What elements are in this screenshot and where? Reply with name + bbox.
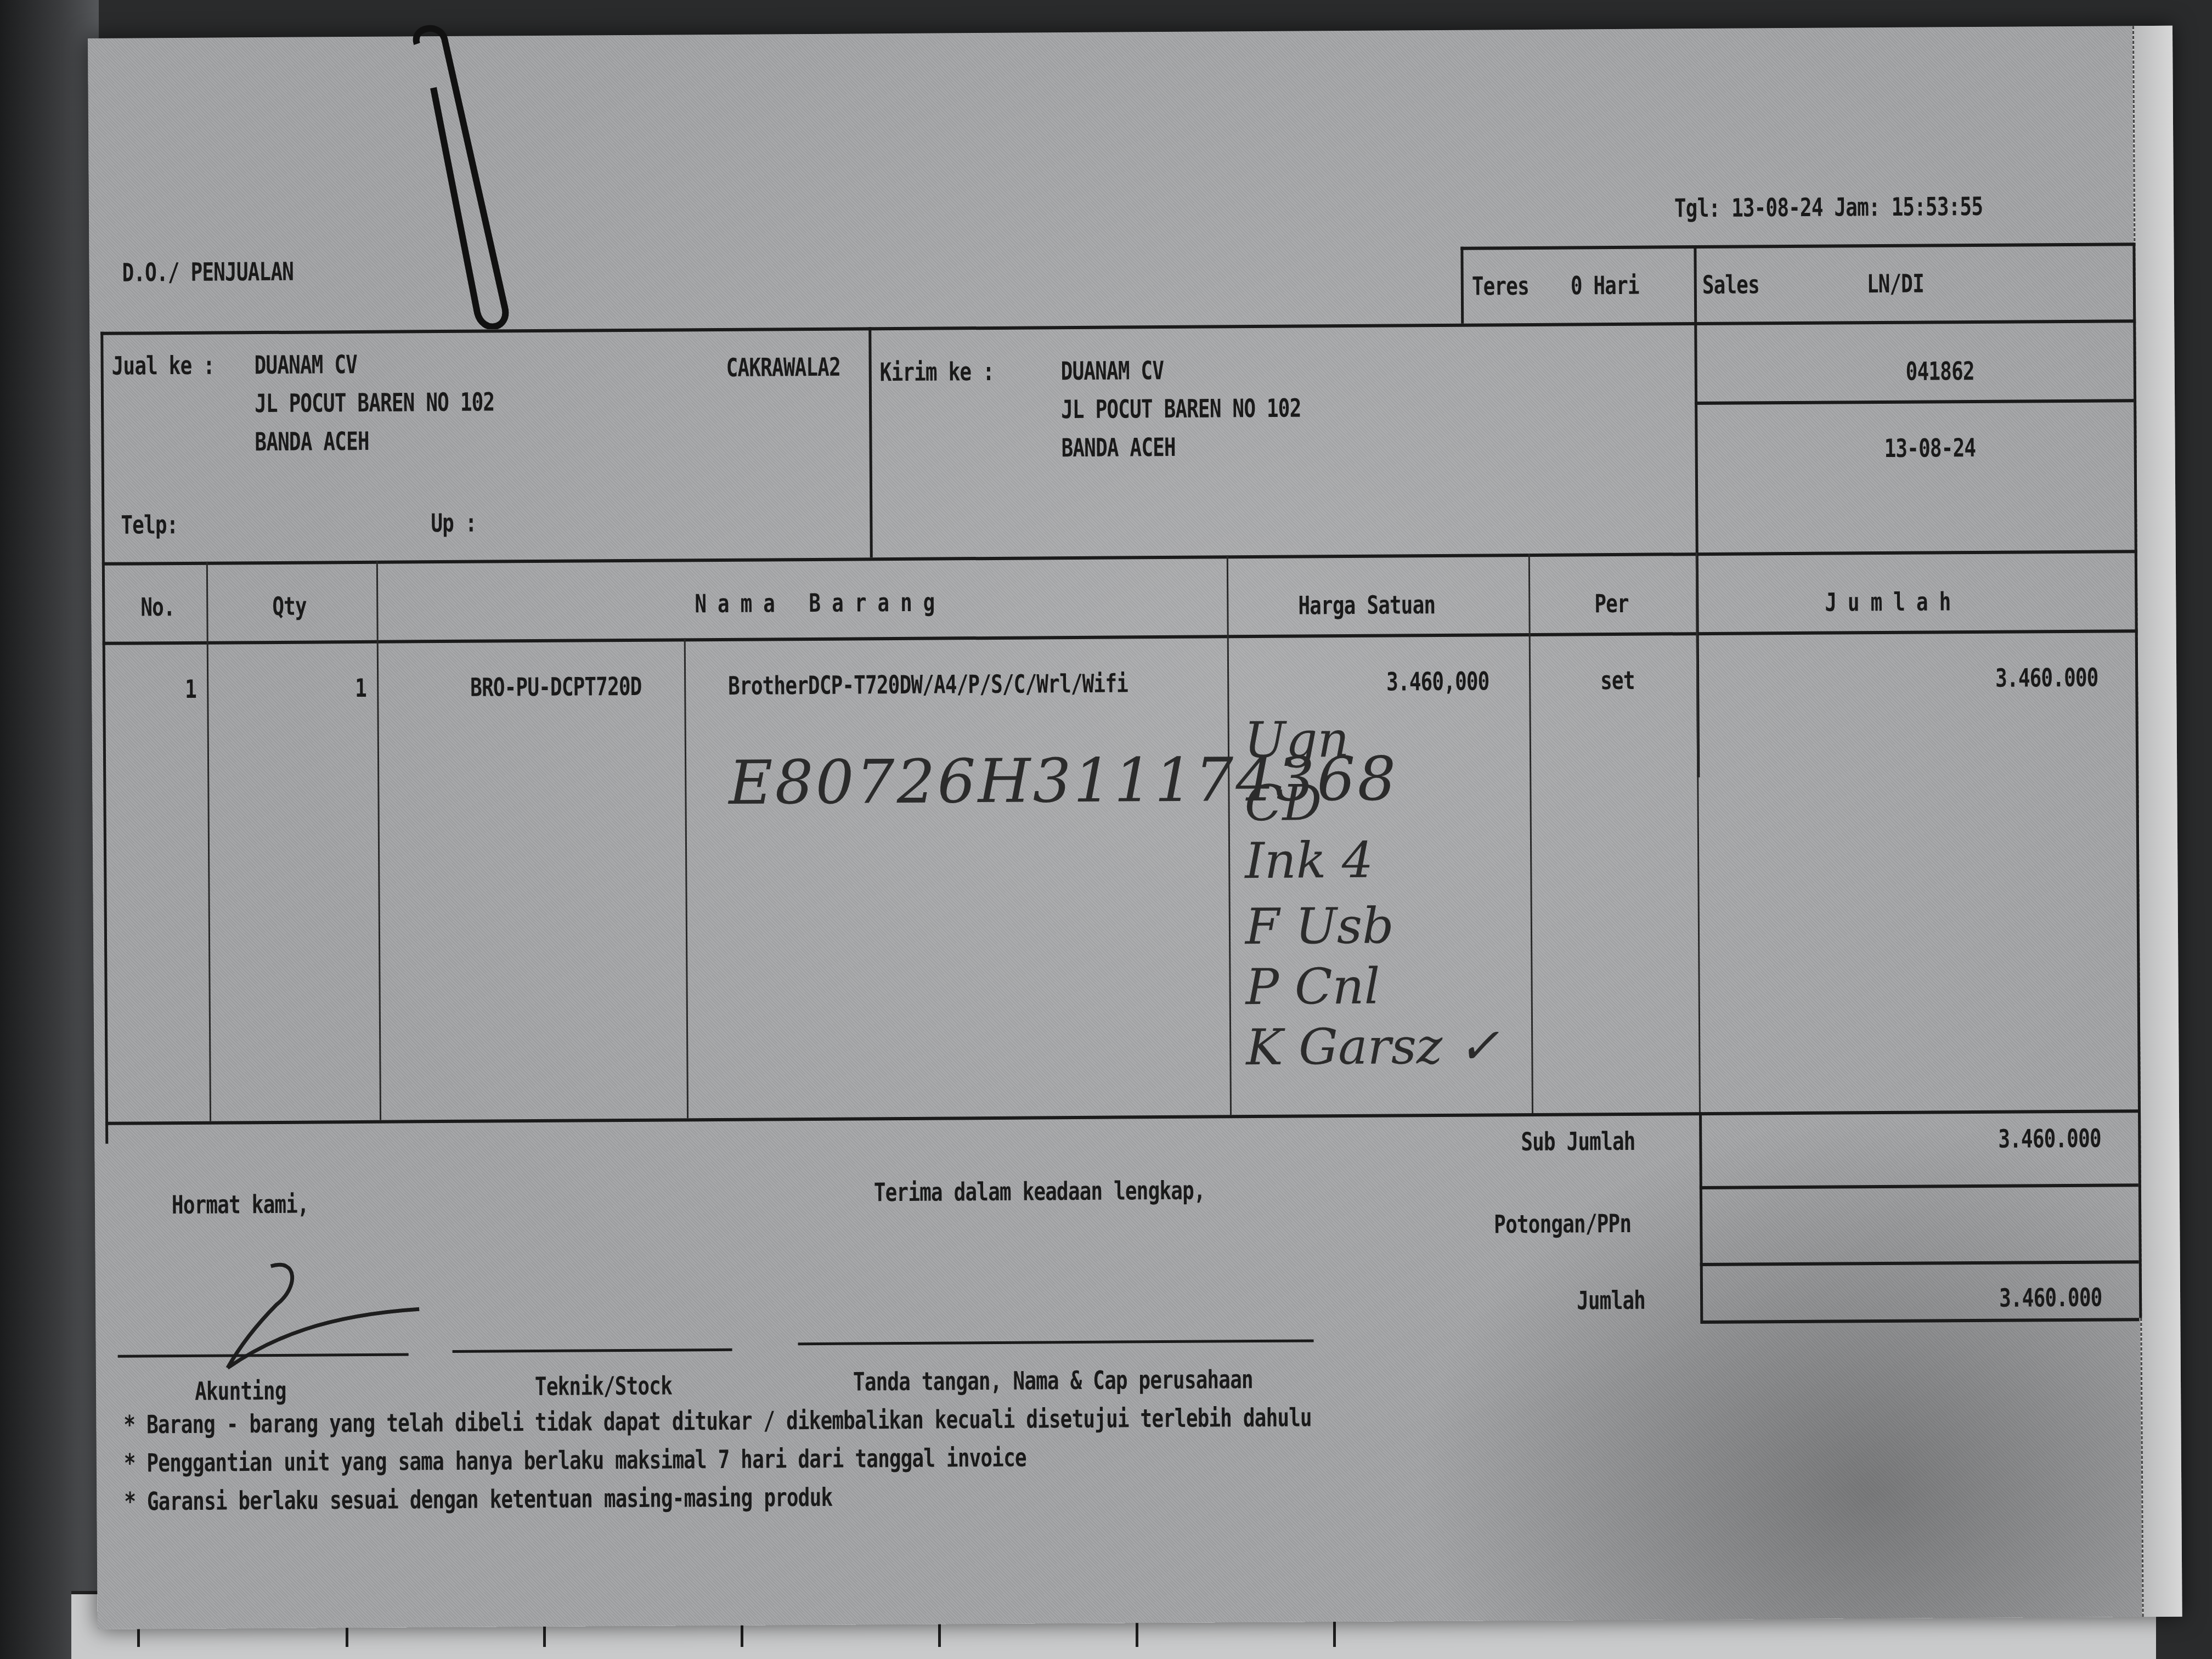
divider	[1528, 554, 1533, 1113]
row-unit-price: 3.460,000	[1386, 666, 1489, 696]
signature-line	[798, 1339, 1314, 1345]
handwritten-note: Ink 4	[1245, 832, 1374, 890]
date-time: Tgl: 13-08-24 Jam: 15:53:55	[1674, 191, 1983, 223]
desk-background	[0, 0, 99, 1659]
subtotal-value: 3.460.000	[1998, 1124, 2101, 1154]
row-qty: 1	[355, 673, 366, 703]
divider	[1227, 555, 1232, 1115]
divider	[1700, 1318, 2139, 1324]
header-per: Per	[1594, 589, 1629, 618]
terms-value: 0 Hari	[1571, 270, 1639, 301]
divider	[684, 638, 689, 1118]
divider	[868, 327, 873, 557]
divider	[103, 629, 2138, 645]
row-amount: 3.460.000	[1995, 663, 2098, 693]
divider	[105, 1109, 2141, 1125]
sold-to-address: JL POCUT BAREN NO 102	[255, 387, 495, 418]
row-per: set	[1600, 665, 1635, 695]
document-title: D.O./ PENJUALAN	[122, 257, 294, 287]
ship-to-address: JL POCUT BAREN NO 102	[1061, 393, 1301, 425]
paper-clip-icon	[400, 22, 521, 329]
sold-to-name: DUANAM CV	[254, 349, 357, 380]
header-amount: J u m l a h	[1825, 586, 1950, 617]
regards-text: Hormat kami,	[172, 1189, 309, 1220]
signature-icon	[189, 1254, 518, 1376]
sales-value: LN/DI	[1867, 269, 1924, 299]
divider	[1700, 1260, 2139, 1266]
handwritten-note: P Cnl	[1245, 958, 1380, 1016]
received-text: Terima dalam keadaan lengkap,	[874, 1176, 1205, 1207]
customer-tag: CAKRAWALA2	[726, 352, 841, 382]
handwritten-note: F Usb	[1245, 897, 1394, 956]
accounting-label: Akunting	[195, 1376, 286, 1406]
ship-to-name: DUANAM CV	[1061, 356, 1164, 386]
total-label: Jumlah	[1577, 1285, 1645, 1316]
subtotal-label: Sub Jumlah	[1521, 1126, 1635, 1156]
row-code: BRO-PU-DCPT720D	[470, 672, 642, 702]
row-description: BrotherDCP-T720DW/A4/P/S/C/Wrl/Wifi	[728, 668, 1128, 700]
total-value: 3.460.000	[1999, 1283, 2102, 1313]
divider	[1460, 242, 2135, 250]
sold-to-label: Jual ke :	[111, 351, 215, 381]
stock-label: Teknik/Stock	[535, 1371, 672, 1402]
header-unit-price: Harga Satuan	[1298, 590, 1435, 620]
note-item: * Penggantian unit yang sama hanya berla…	[124, 1443, 1026, 1478]
invoice-number: 041862	[1906, 356, 1974, 386]
divider	[1699, 1112, 1703, 1321]
divider	[1460, 247, 1464, 324]
phone-label: Telp:	[121, 510, 178, 540]
header-no: No.	[140, 592, 175, 622]
handwritten-note: K Garsz ✓	[1246, 1017, 1500, 1076]
note-item: * Garansi berlaku sesuai dengan ketentua…	[124, 1482, 832, 1516]
company-sign-label: Tanda tangan, Nama & Cap perusahaan	[853, 1364, 1253, 1396]
note-item: * Barang - barang yang telah dibeli tida…	[123, 1402, 1312, 1439]
row-no: 1	[185, 674, 196, 704]
attention-label: Up :	[431, 508, 477, 538]
perforated-edge	[2132, 26, 2182, 1617]
header-qty: Qty	[272, 591, 307, 621]
invoice-date: 13-08-24	[1884, 433, 1976, 463]
divider	[206, 562, 211, 1121]
divider	[376, 561, 381, 1120]
ship-to-label: Kirim ke :	[880, 357, 995, 387]
divider	[1700, 1183, 2138, 1189]
header-item-name: N a m a B a r a n g	[695, 588, 935, 619]
handwritten-note: Ugn	[1244, 711, 1350, 769]
terms-label: Teres	[1472, 271, 1529, 301]
divider	[102, 550, 2137, 566]
ship-to-city: BANDA ACEH	[1061, 432, 1176, 462]
divider	[1695, 399, 2134, 405]
sales-label: Sales	[1702, 269, 1759, 300]
handwritten-note: CD	[1244, 774, 1322, 832]
discount-label: Potongan/PPn	[1494, 1209, 1631, 1239]
divider	[100, 332, 108, 1144]
sold-to-city: BANDA ACEH	[255, 426, 369, 456]
